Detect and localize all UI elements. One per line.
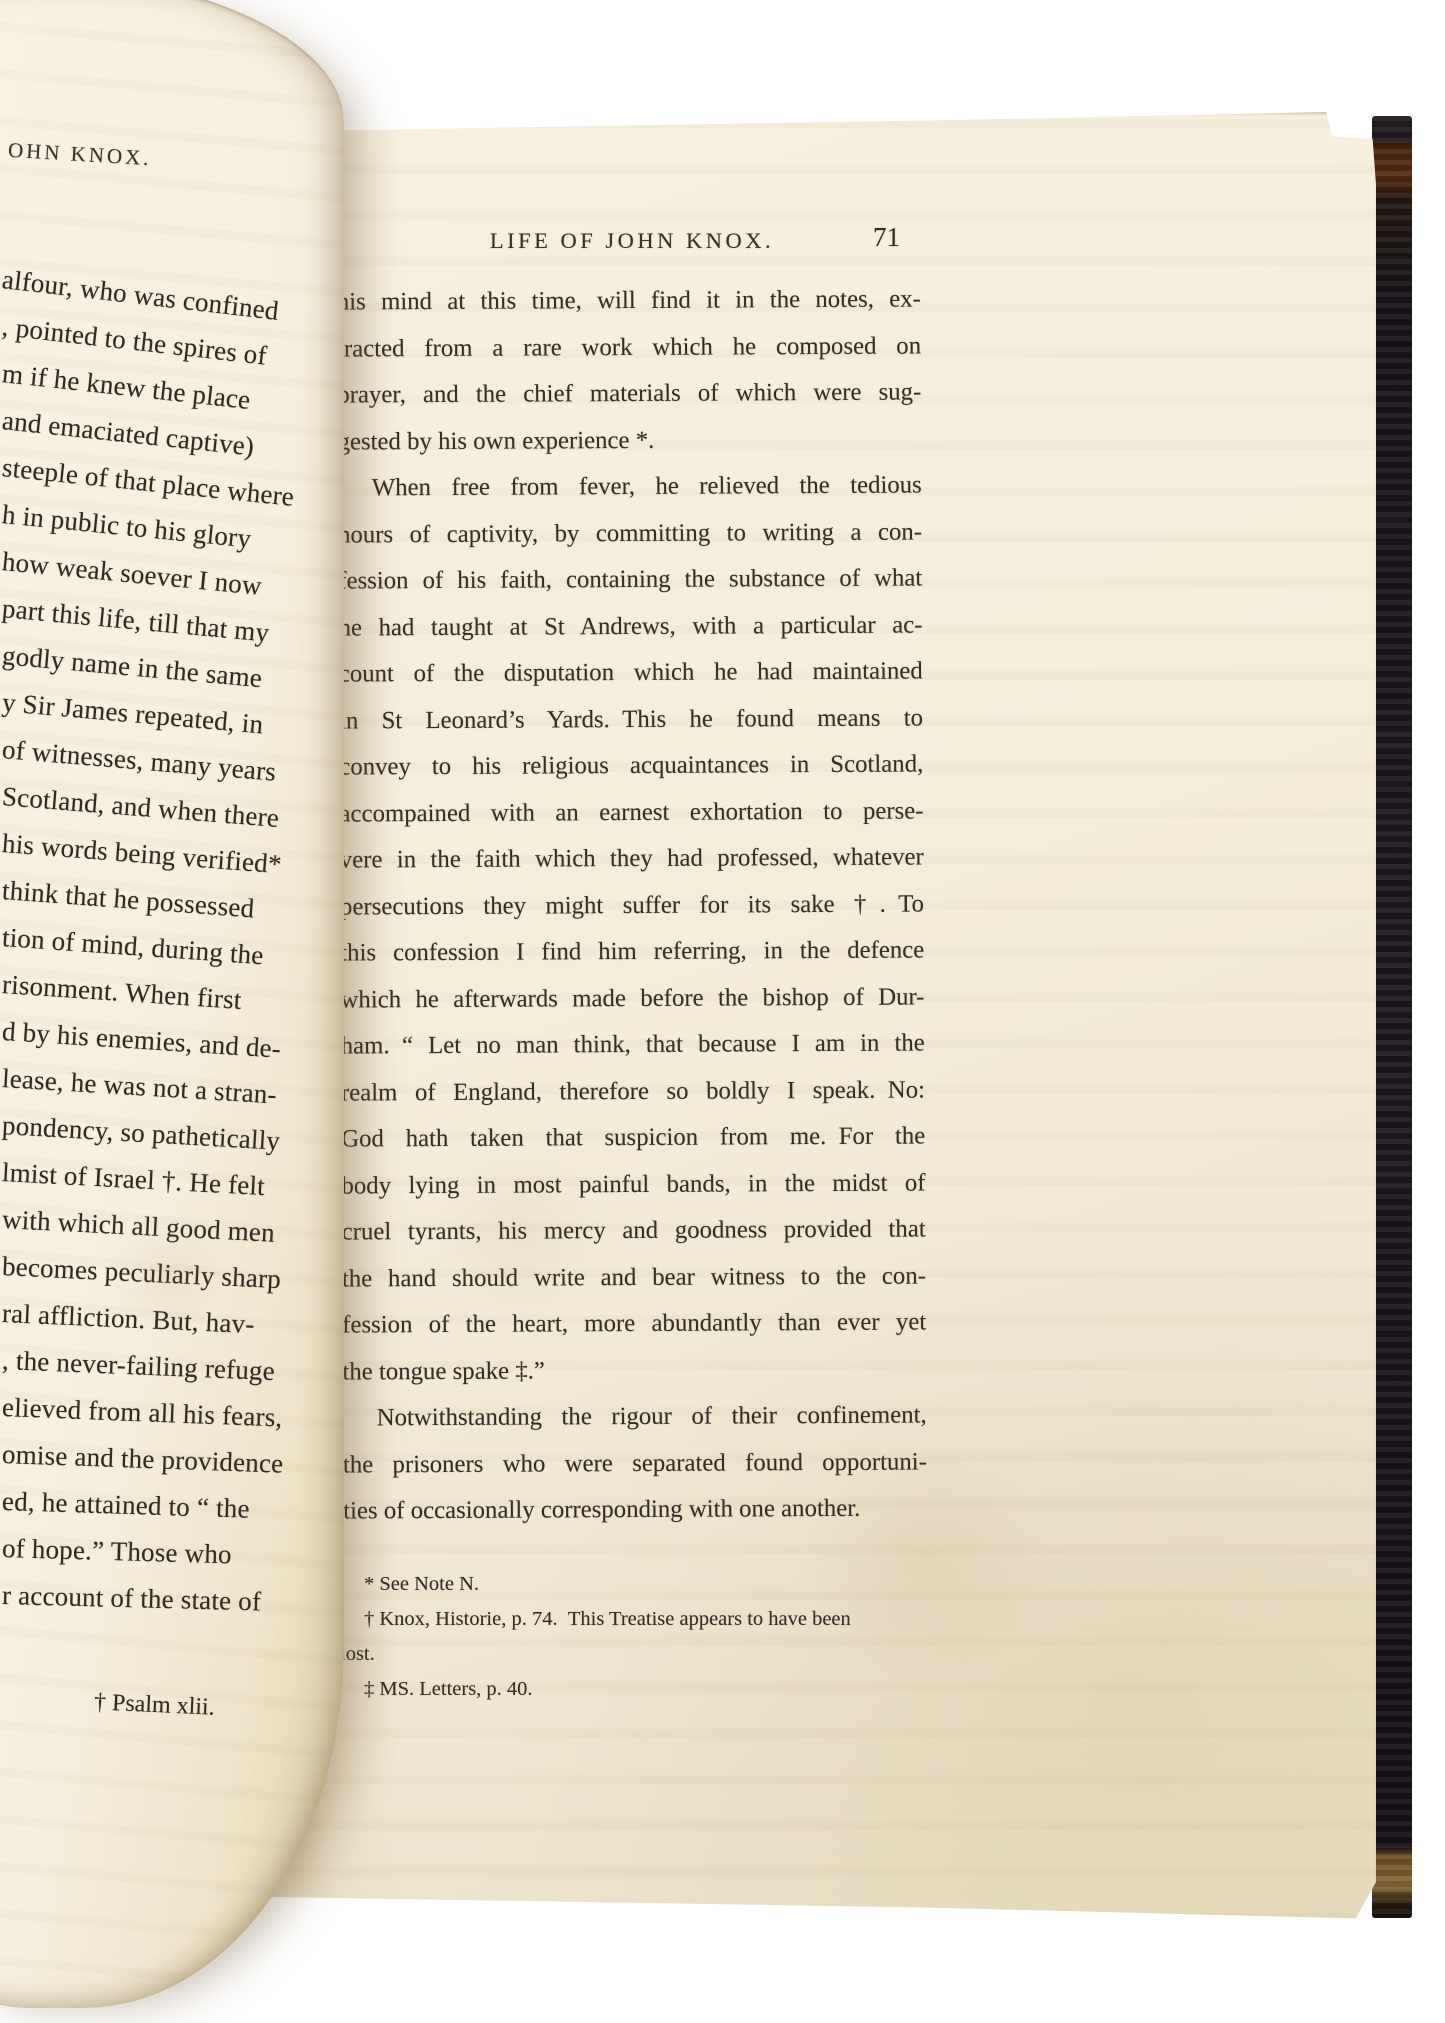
text-line: Notwithstanding the rigour of their conf… [343, 1392, 927, 1442]
footnote-line: † Psalm xlii. [93, 1689, 215, 1721]
right-page: LIFE OF JOHN KNOX. 71 his mind at this t… [250, 112, 1376, 1922]
text-line: which he afterwards made before the bish… [340, 974, 924, 1024]
text-line: in St Leonard’s Yards. This he found mea… [339, 695, 923, 745]
footnote-line: lost. [340, 1637, 956, 1672]
left-page: OHN KNOX. alfour, who was confined, poin… [0, 0, 344, 2008]
text-line: his mind at this time, will find it in t… [337, 276, 921, 326]
text-line: count of the disputation which he had ma… [339, 648, 923, 698]
text-line: gested by his own experience *. [337, 416, 921, 466]
book-photo: LIFE OF JOHN KNOX. 71 his mind at this t… [0, 0, 1445, 2023]
right-page-footnotes: * See Note N.† Knox, Historie, p. 74. Th… [340, 1567, 956, 1707]
text-line: persecutions they might suffer for its s… [340, 881, 924, 931]
text-line: the tongue spake ‡.” [342, 1346, 926, 1396]
text-line: fession of the heart, more abundantly th… [342, 1299, 926, 1349]
text-line: prayer, and the chief materials of which… [337, 369, 921, 419]
text-line: God hath taken that suspicion from me. F… [341, 1113, 925, 1163]
text-line: of hope.” Those who [1, 1525, 295, 1580]
text-line: this confession I find him referring, in… [340, 927, 924, 977]
text-line: the hand should write and bear witness t… [342, 1253, 926, 1303]
book-cover-edge [1372, 116, 1412, 1918]
text-line: realm of England, therefore so boldly I … [341, 1067, 925, 1117]
text-line: tracted from a rare work which he compos… [337, 323, 921, 373]
text-line: he had taught at St Andrews, with a part… [338, 602, 922, 652]
text-line: vere in the faith which they had profess… [340, 834, 924, 884]
running-header-fragment: OHN KNOX. [7, 138, 152, 171]
right-page-lines: his mind at this time, will find it in t… [337, 276, 928, 1535]
text-line: cruel tyrants, his mercy and goodness pr… [342, 1206, 926, 1256]
text-line: body lying in most painful bands, in the… [341, 1160, 925, 1210]
text-line: hours of captivity, by committing to wri… [338, 509, 922, 559]
text-line: When free from fever, he relieved the te… [338, 462, 922, 512]
text-line: r account of the state of [1, 1572, 295, 1626]
text-line: the prisoners who were separated found o… [343, 1439, 927, 1489]
text-line: accompained with an earnest exhortation … [339, 788, 923, 838]
footnote-line: * See Note N. [340, 1567, 956, 1602]
text-line: ties of occasionally corresponding with … [343, 1485, 927, 1535]
footnote-line: † Knox, Historie, p. 74. This Treatise a… [340, 1602, 956, 1637]
footnote-line: ‡ MS. Letters, p. 40. [340, 1672, 956, 1707]
text-line: convey to his religious acquaintances in… [339, 741, 923, 791]
text-line: ham. “ Let no man think, that because I … [341, 1020, 925, 1070]
text-line: fession of his faith, containing the sub… [338, 555, 922, 605]
page-number: 71 [340, 222, 900, 253]
left-page-lines: alfour, who was confined, pointed to the… [2, 256, 295, 1619]
